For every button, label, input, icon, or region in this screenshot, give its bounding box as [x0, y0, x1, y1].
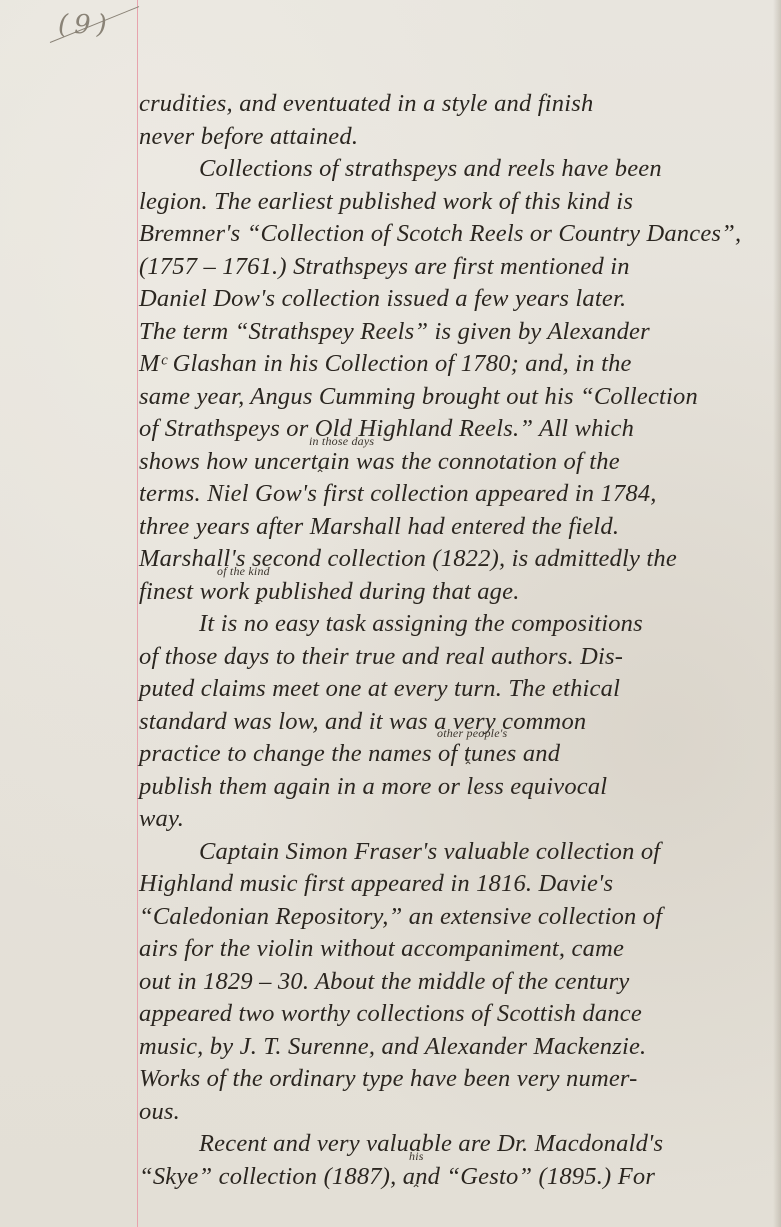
line-text: Collections of strathspeys and reels hav… — [199, 155, 662, 182]
line-text: (1757 – 1761.) Strathspeys are first men… — [139, 253, 630, 280]
text-line: way. — [139, 803, 769, 836]
paragraph-start-line: Recent and very valuable are Dr. Macdona… — [139, 1128, 769, 1161]
line-text: crudities, and eventuated in a style and… — [139, 90, 593, 117]
text-line: same year, Angus Cumming brought out his… — [139, 381, 769, 414]
text-line: Bremner's “Collection of Scotch Reels or… — [139, 218, 769, 251]
text-line: puted claims meet one at every turn. The… — [139, 673, 769, 706]
line-text: puted claims meet one at every turn. The… — [139, 675, 620, 702]
line-text: never before attained. — [139, 123, 358, 150]
text-line: of those days to their true and real aut… — [139, 641, 769, 674]
text-line: never before attained. — [139, 121, 769, 154]
line-text: out in 1829 – 30. About the middle of th… — [139, 968, 629, 995]
line-text: standard was low, and it was a very comm… — [139, 708, 586, 735]
text-line: legion. The earliest published work of t… — [139, 186, 769, 219]
text-line: Works of the ordinary type have been ver… — [139, 1063, 769, 1096]
text-line: music, by J. T. Surenne, and Alexander M… — [139, 1031, 769, 1064]
paragraph-start-line: Captain Simon Fraser's valuable collecti… — [139, 836, 769, 869]
line-text: of Strathspeys or Old Highland Reels.” A… — [139, 415, 634, 442]
line-text: Recent and very valuable are Dr. Macdona… — [199, 1130, 663, 1157]
text-line: in those days ⌃ shows how uncertain was … — [139, 446, 769, 479]
text-line: publish them again in a more or less equ… — [139, 771, 769, 804]
interlinear-insertion: of the kind — [217, 564, 270, 578]
line-text: Works of the ordinary type have been ver… — [139, 1065, 638, 1092]
text-line: of Strathspeys or Old Highland Reels.” A… — [139, 413, 769, 446]
text-line: (1757 – 1761.) Strathspeys are first men… — [139, 251, 769, 284]
line-text: It is no easy task assigning the composi… — [199, 610, 643, 637]
line-text: practice to change the names of tunes an… — [139, 740, 560, 767]
line-text: three years after Marshall had entered t… — [139, 513, 619, 540]
line-text: “Caledonian Repository,” an extensive co… — [139, 903, 662, 930]
line-text: music, by J. T. Surenne, and Alexander M… — [139, 1033, 646, 1060]
text-line: his ⌃ “Skye” collection (1887), and “Ges… — [139, 1161, 769, 1194]
line-text: publish them again in a more or less equ… — [139, 773, 607, 800]
line-text: legion. The earliest published work of t… — [139, 188, 633, 215]
line-text: Daniel Dow's collection issued a few yea… — [139, 285, 626, 312]
paragraph-start-line: Collections of strathspeys and reels hav… — [139, 153, 769, 186]
line-text: way. — [139, 805, 184, 832]
line-text: The term “Strathspey Reels” is given by … — [139, 318, 650, 345]
line-text: Highland music first appeared in 1816. D… — [139, 870, 613, 897]
interlinear-insertion: in those days — [309, 434, 374, 448]
line-text: same year, Angus Cumming brought out his… — [139, 383, 698, 410]
interlinear-insertion: other people's — [437, 726, 507, 740]
text-line: terms. Niel Gow's first collection appea… — [139, 478, 769, 511]
text-line: appeared two worthy collections of Scott… — [139, 998, 769, 1031]
line-text: shows how uncertain was the connotation … — [139, 448, 620, 475]
text-line: other people's ⌃ practice to change the … — [139, 738, 769, 771]
interlinear-insertion: his — [409, 1149, 424, 1163]
text-line: The term “Strathspey Reels” is given by … — [139, 316, 769, 349]
line-text: appeared two worthy collections of Scott… — [139, 1000, 642, 1027]
line-text: airs for the violin without accompanimen… — [139, 935, 624, 962]
line-text: Bremner's “Collection of Scotch Reels or… — [139, 220, 741, 247]
text-line: Mᶜ Glashan in his Collection of 1780; an… — [139, 348, 769, 381]
text-line: of the kind ⌃ finest work published duri… — [139, 576, 769, 609]
line-text: “Skye” collection (1887), and “Gesto” (1… — [139, 1163, 655, 1190]
line-text: finest work published during that age. — [139, 578, 520, 605]
text-line: crudities, and eventuated in a style and… — [139, 88, 769, 121]
text-line: airs for the violin without accompanimen… — [139, 933, 769, 966]
line-text: of those days to their true and real aut… — [139, 643, 623, 670]
text-line: three years after Marshall had entered t… — [139, 511, 769, 544]
text-line: Daniel Dow's collection issued a few yea… — [139, 283, 769, 316]
page-edge-shadow — [773, 0, 781, 1227]
text-line: Highland music first appeared in 1816. D… — [139, 868, 769, 901]
text-line: out in 1829 – 30. About the middle of th… — [139, 966, 769, 999]
insertion-caret-icon: ⌃ — [411, 1183, 421, 1195]
line-text: Captain Simon Fraser's valuable collecti… — [199, 838, 660, 865]
paragraph-start-line: It is no easy task assigning the composi… — [139, 608, 769, 641]
margin-rule — [137, 0, 138, 1227]
text-line: “Caledonian Repository,” an extensive co… — [139, 901, 769, 934]
line-text: terms. Niel Gow's first collection appea… — [139, 480, 657, 507]
line-text: ous. — [139, 1098, 180, 1125]
line-text: Mᶜ Glashan in his Collection of 1780; an… — [139, 350, 632, 377]
handwritten-text-body: crudities, and eventuated in a style and… — [139, 88, 769, 1193]
text-line: ous. — [139, 1096, 769, 1129]
